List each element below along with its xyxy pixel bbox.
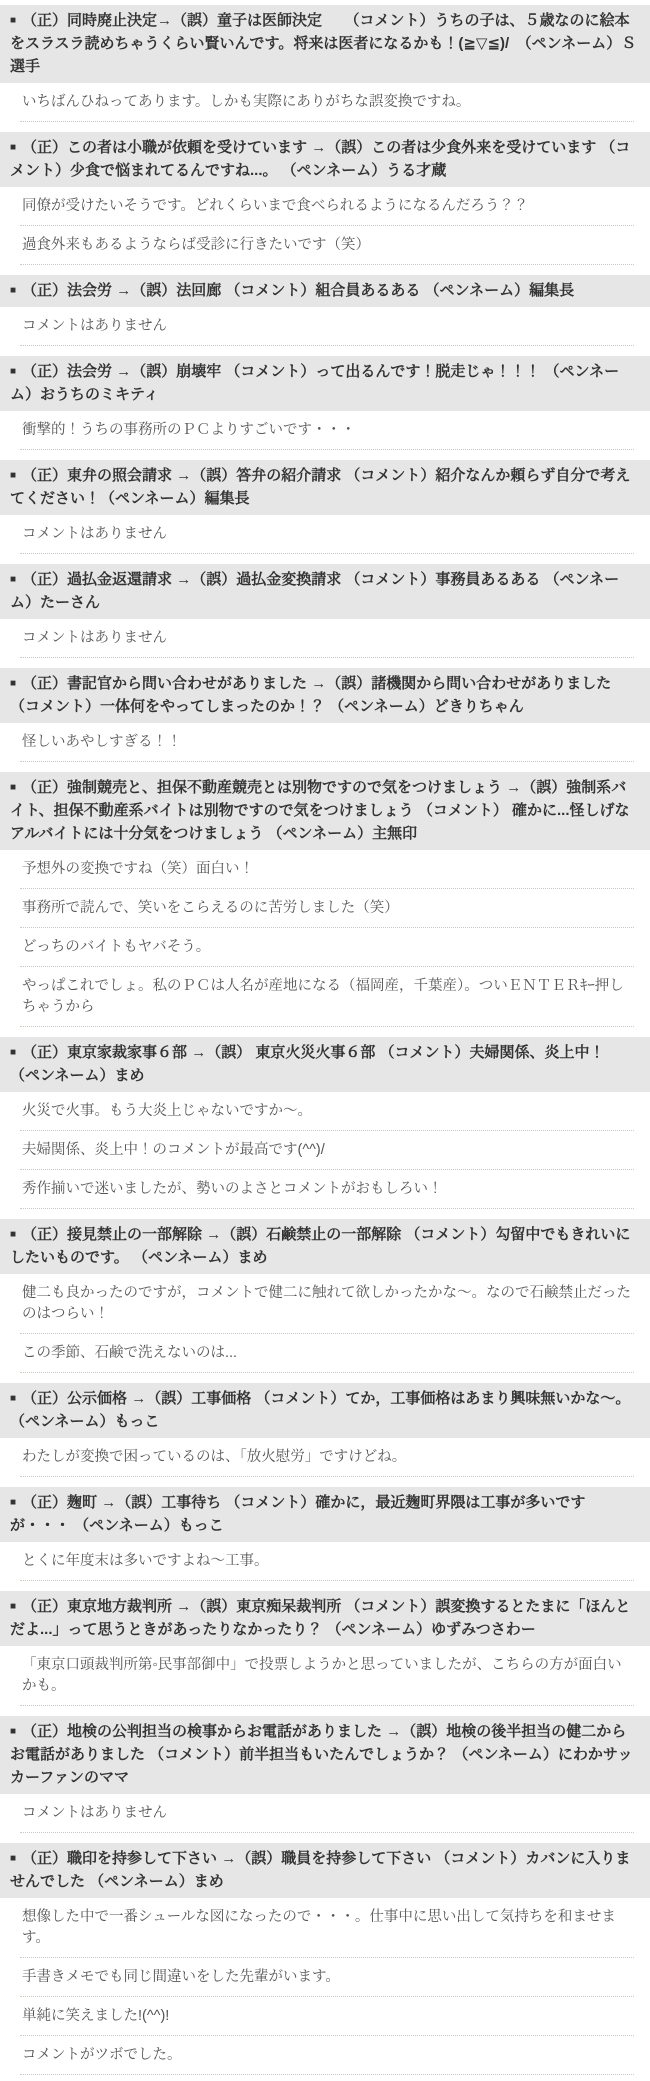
entry-header: ■（正）法会労 →（誤）崩壊牢 （コメント）って出るんです！脱走じゃ！！！ （ペ…: [0, 356, 650, 411]
bullet-icon: ■: [10, 464, 16, 487]
entry: ■（正）東京家裁家事６部 →（誤） 東京火災火事６部 （コメント）夫婦関係、炎上…: [0, 1037, 650, 1209]
entry-header: ■（正）強制競売と、担保不動産競売とは別物ですので気をつけましょう →（誤）強制…: [0, 772, 650, 850]
bullet-icon: ■: [10, 1595, 16, 1618]
comment-line: 衝撃的！うちの事務所のＰＣよりすごいです・・・: [20, 411, 634, 450]
entry-header: ■（正）書記官から問い合わせがありました →（誤）諸機関から問い合わせがありまし…: [0, 668, 650, 723]
entry-header-text: （正）麹町 →（誤）工事待ち （コメント）確かに，最近麹町界隈は工事が多いですが…: [10, 1494, 585, 1534]
comment-list: 予想外の変換ですね（笑）面白い！ 事務所で読んで、笑いをこらえるのに苦労しました…: [0, 850, 650, 1027]
entry: ■（正）書記官から問い合わせがありました →（誤）諸機関から問い合わせがありまし…: [0, 668, 650, 762]
entry: ■（正）接見禁止の一部解除 →（誤）石鹸禁止の一部解除 （コメント）勾留中でもき…: [0, 1219, 650, 1373]
entry-list: ■（正）同時廃止決定→（誤）童子は医師決定 （コメント）うちの子は、５歳なのに絵…: [0, 5, 650, 2075]
entry-header: ■（正）公示価格 →（誤）工事価格 （コメント）てか，工事価格はあまり興味無いか…: [0, 1383, 650, 1438]
comment-line: 「東京口頭裁判所第◦民事部御中」で投票しようかと思っていましたが、こちらの方が面…: [20, 1646, 634, 1706]
comment-line: 予想外の変換ですね（笑）面白い！: [20, 850, 634, 889]
comment-line: コメントはありません: [20, 1794, 634, 1833]
entry-header-text: （正）東京地方裁判所 →（誤）東京痴呆裁判所 （コメント）誤変換するとたまに「ほ…: [10, 1598, 630, 1638]
entry-header-text: （正）東京家裁家事６部 →（誤） 東京火災火事６部 （コメント）夫婦関係、炎上中…: [10, 1044, 605, 1084]
entry: ■（正）地検の公判担当の検事からお電話がありました →（誤）地検の後半担当の健二…: [0, 1716, 650, 1833]
comment-line: コメントはありません: [20, 515, 634, 554]
entry: ■（正）麹町 →（誤）工事待ち （コメント）確かに，最近麹町界隈は工事が多いです…: [0, 1487, 650, 1581]
comment-line: 秀作揃いで迷いましたが、勢いのよさとコメントがおもしろい！: [20, 1170, 634, 1209]
entry: ■（正）法会労 →（誤）崩壊牢 （コメント）って出るんです！脱走じゃ！！！ （ペ…: [0, 356, 650, 450]
entry-header: ■（正）東京地方裁判所 →（誤）東京痴呆裁判所 （コメント）誤変換するとたまに「…: [0, 1591, 650, 1646]
entry-header: ■（正）職印を持参して下さい →（誤）職員を持参して下さい （コメント）カバンに…: [0, 1843, 650, 1898]
bullet-icon: ■: [10, 1041, 16, 1064]
comment-list: 想像した中で一番シュールな図になったので・・・。仕事中に思い出して気持ちを和ませ…: [0, 1898, 650, 2075]
entry-header: ■（正）この者は小職が依頼を受けています →（誤）この者は少食外来を受けています…: [0, 132, 650, 187]
comment-line: 想像した中で一番シュールな図になったので・・・。仕事中に思い出して気持ちを和ませ…: [20, 1898, 634, 1958]
comment-list: コメントはありません: [0, 515, 650, 554]
misconversion-entry-list-page: ■（正）同時廃止決定→（誤）童子は医師決定 （コメント）うちの子は、５歳なのに絵…: [0, 0, 650, 2081]
entry-header-text: （正）法会労 →（誤）法回廊 （コメント）組合員あるある （ペンネーム）編集長: [22, 282, 574, 299]
comment-line: コメントはありません: [20, 619, 634, 658]
comment-list: とくに年度末は多いですよね～工事。: [0, 1542, 650, 1581]
comment-list: わたしが変換で困っているのは、「放火慰労」ですけどね。: [0, 1438, 650, 1477]
entry: ■（正）同時廃止決定→（誤）童子は医師決定 （コメント）うちの子は、５歳なのに絵…: [0, 5, 650, 122]
bullet-icon: ■: [10, 1491, 16, 1514]
entry-header-text: （正）法会労 →（誤）崩壊牢 （コメント）って出るんです！脱走じゃ！！！ （ペン…: [10, 363, 619, 403]
entry-header: ■（正）地検の公判担当の検事からお電話がありました →（誤）地検の後半担当の健二…: [0, 1716, 650, 1794]
bullet-icon: ■: [10, 1720, 16, 1743]
entry-header-text: （正）接見禁止の一部解除 →（誤）石鹸禁止の一部解除 （コメント）勾留中でもきれ…: [10, 1226, 630, 1266]
entry-header-text: （正）同時廃止決定→（誤）童子は医師決定 （コメント）うちの子は、５歳なのに絵本…: [10, 12, 636, 75]
bullet-icon: ■: [10, 1847, 16, 1870]
comment-list: コメントはありません: [0, 307, 650, 346]
entry-header-text: （正）強制競売と、担保不動産競売とは別物ですので気をつけましょう →（誤）強制系…: [10, 779, 630, 842]
bullet-icon: ■: [10, 360, 16, 383]
comment-list: コメントはありません: [0, 619, 650, 658]
comment-list: 健二も良かったのですが，コメントで健二に触れて欲しかったかな～。なので石鹸禁止だ…: [0, 1274, 650, 1373]
comment-line: 手書きメモでも同じ間違いをした先輩がいます。: [20, 1958, 634, 1997]
entry-header: ■（正）東京家裁家事６部 →（誤） 東京火災火事６部 （コメント）夫婦関係、炎上…: [0, 1037, 650, 1092]
entry-header: ■（正）法会労 →（誤）法回廊 （コメント）組合員あるある （ペンネーム）編集長: [0, 275, 650, 307]
comment-line: 怪しいあやしすぎる！！: [20, 723, 634, 762]
entry-header-text: （正）職印を持参して下さい →（誤）職員を持参して下さい （コメント）カバンに入…: [10, 1850, 630, 1890]
comment-list: 怪しいあやしすぎる！！: [0, 723, 650, 762]
entry: ■（正）東京地方裁判所 →（誤）東京痴呆裁判所 （コメント）誤変換するとたまに「…: [0, 1591, 650, 1706]
entry-header: ■（正）麹町 →（誤）工事待ち （コメント）確かに，最近麹町界隈は工事が多いです…: [0, 1487, 650, 1542]
bullet-icon: ■: [10, 568, 16, 591]
bullet-icon: ■: [10, 9, 16, 32]
bullet-icon: ■: [10, 1387, 16, 1410]
entry-header-text: （正）地検の公判担当の検事からお電話がありました →（誤）地検の後半担当の健二か…: [10, 1723, 633, 1786]
comment-line: 火災で火事。もう大炎上じゃないですか～。: [20, 1092, 634, 1131]
comment-list: 同僚が受けたいそうです。どれくらいまで食べられるようになるんだろう？？ 過食外来…: [0, 187, 650, 265]
comment-line: 同僚が受けたいそうです。どれくらいまで食べられるようになるんだろう？？: [20, 187, 634, 226]
entry-header: ■（正）同時廃止決定→（誤）童子は医師決定 （コメント）うちの子は、５歳なのに絵…: [0, 5, 650, 83]
comment-line: やっぱこれでしょ。私のＰＣは人名が産地になる（福岡産，千葉産）。ついＥＮＴＥＲｷ…: [20, 967, 634, 1027]
comment-line: コメントはありません: [20, 307, 634, 346]
entry: ■（正）過払金返還請求 →（誤）過払金変換請求 （コメント）事務員あるある （ペ…: [0, 564, 650, 658]
entry-header: ■（正）東弁の照会請求 →（誤）答弁の紹介請求 （コメント）紹介なんか頼らず自分…: [0, 460, 650, 515]
comment-line: 夫婦関係、炎上中！のコメントが最高です(^^)/: [20, 1131, 634, 1170]
entry: ■（正）この者は小職が依頼を受けています →（誤）この者は少食外来を受けています…: [0, 132, 650, 265]
entry: ■（正）東弁の照会請求 →（誤）答弁の紹介請求 （コメント）紹介なんか頼らず自分…: [0, 460, 650, 554]
comment-list: コメントはありません: [0, 1794, 650, 1833]
comment-line: とくに年度末は多いですよね～工事。: [20, 1542, 634, 1581]
entry-header: ■（正）接見禁止の一部解除 →（誤）石鹸禁止の一部解除 （コメント）勾留中でもき…: [0, 1219, 650, 1274]
entry: ■（正）公示価格 →（誤）工事価格 （コメント）てか，工事価格はあまり興味無いか…: [0, 1383, 650, 1477]
bullet-icon: ■: [10, 1223, 16, 1246]
comment-line: 健二も良かったのですが，コメントで健二に触れて欲しかったかな～。なので石鹸禁止だ…: [20, 1274, 634, 1334]
bullet-icon: ■: [10, 279, 16, 302]
entry: ■（正）職印を持参して下さい →（誤）職員を持参して下さい （コメント）カバンに…: [0, 1843, 650, 2075]
comment-line: この季節、石鹸で洗えないのは...: [20, 1334, 634, 1373]
entry-header-text: （正）書記官から問い合わせがありました →（誤）諸機関から問い合わせがありました…: [10, 675, 611, 715]
entry-header-text: （正）東弁の照会請求 →（誤）答弁の紹介請求 （コメント）紹介なんか頼らず自分で…: [10, 467, 630, 507]
comment-line: 単純に笑えました!(^^)!: [20, 1997, 634, 2036]
entry: ■（正）法会労 →（誤）法回廊 （コメント）組合員あるある （ペンネーム）編集長…: [0, 275, 650, 346]
comment-list: 「東京口頭裁判所第◦民事部御中」で投票しようかと思っていましたが、こちらの方が面…: [0, 1646, 650, 1706]
comment-line: わたしが変換で困っているのは、「放火慰労」ですけどね。: [20, 1438, 634, 1477]
comment-list: 火災で火事。もう大炎上じゃないですか～。 夫婦関係、炎上中！のコメントが最高です…: [0, 1092, 650, 1209]
comment-line: いちばんひねってあります。しかも実際にありがちな誤変換ですね。: [20, 83, 634, 122]
comment-line: どっちのバイトもヤバそう。: [20, 928, 634, 967]
entry: ■（正）強制競売と、担保不動産競売とは別物ですので気をつけましょう →（誤）強制…: [0, 772, 650, 1027]
comment-line: 事務所で読んで、笑いをこらえるのに苦労しました（笑）: [20, 889, 634, 928]
bullet-icon: ■: [10, 776, 16, 799]
comment-list: いちばんひねってあります。しかも実際にありがちな誤変換ですね。: [0, 83, 650, 122]
bullet-icon: ■: [10, 672, 16, 695]
entry-header-text: （正）公示価格 →（誤）工事価格 （コメント）てか，工事価格はあまり興味無いかな…: [10, 1390, 630, 1430]
comment-line: コメントがツボでした。: [20, 2036, 634, 2075]
entry-header-text: （正）過払金返還請求 →（誤）過払金変換請求 （コメント）事務員あるある （ペン…: [10, 571, 619, 611]
entry-header-text: （正）この者は小職が依頼を受けています →（誤）この者は少食外来を受けています …: [10, 139, 630, 179]
comment-line: 過食外来もあるようならば受診に行きたいです（笑）: [20, 226, 634, 265]
bullet-icon: ■: [10, 136, 16, 159]
comment-list: 衝撃的！うちの事務所のＰＣよりすごいです・・・: [0, 411, 650, 450]
entry-header: ■（正）過払金返還請求 →（誤）過払金変換請求 （コメント）事務員あるある （ペ…: [0, 564, 650, 619]
